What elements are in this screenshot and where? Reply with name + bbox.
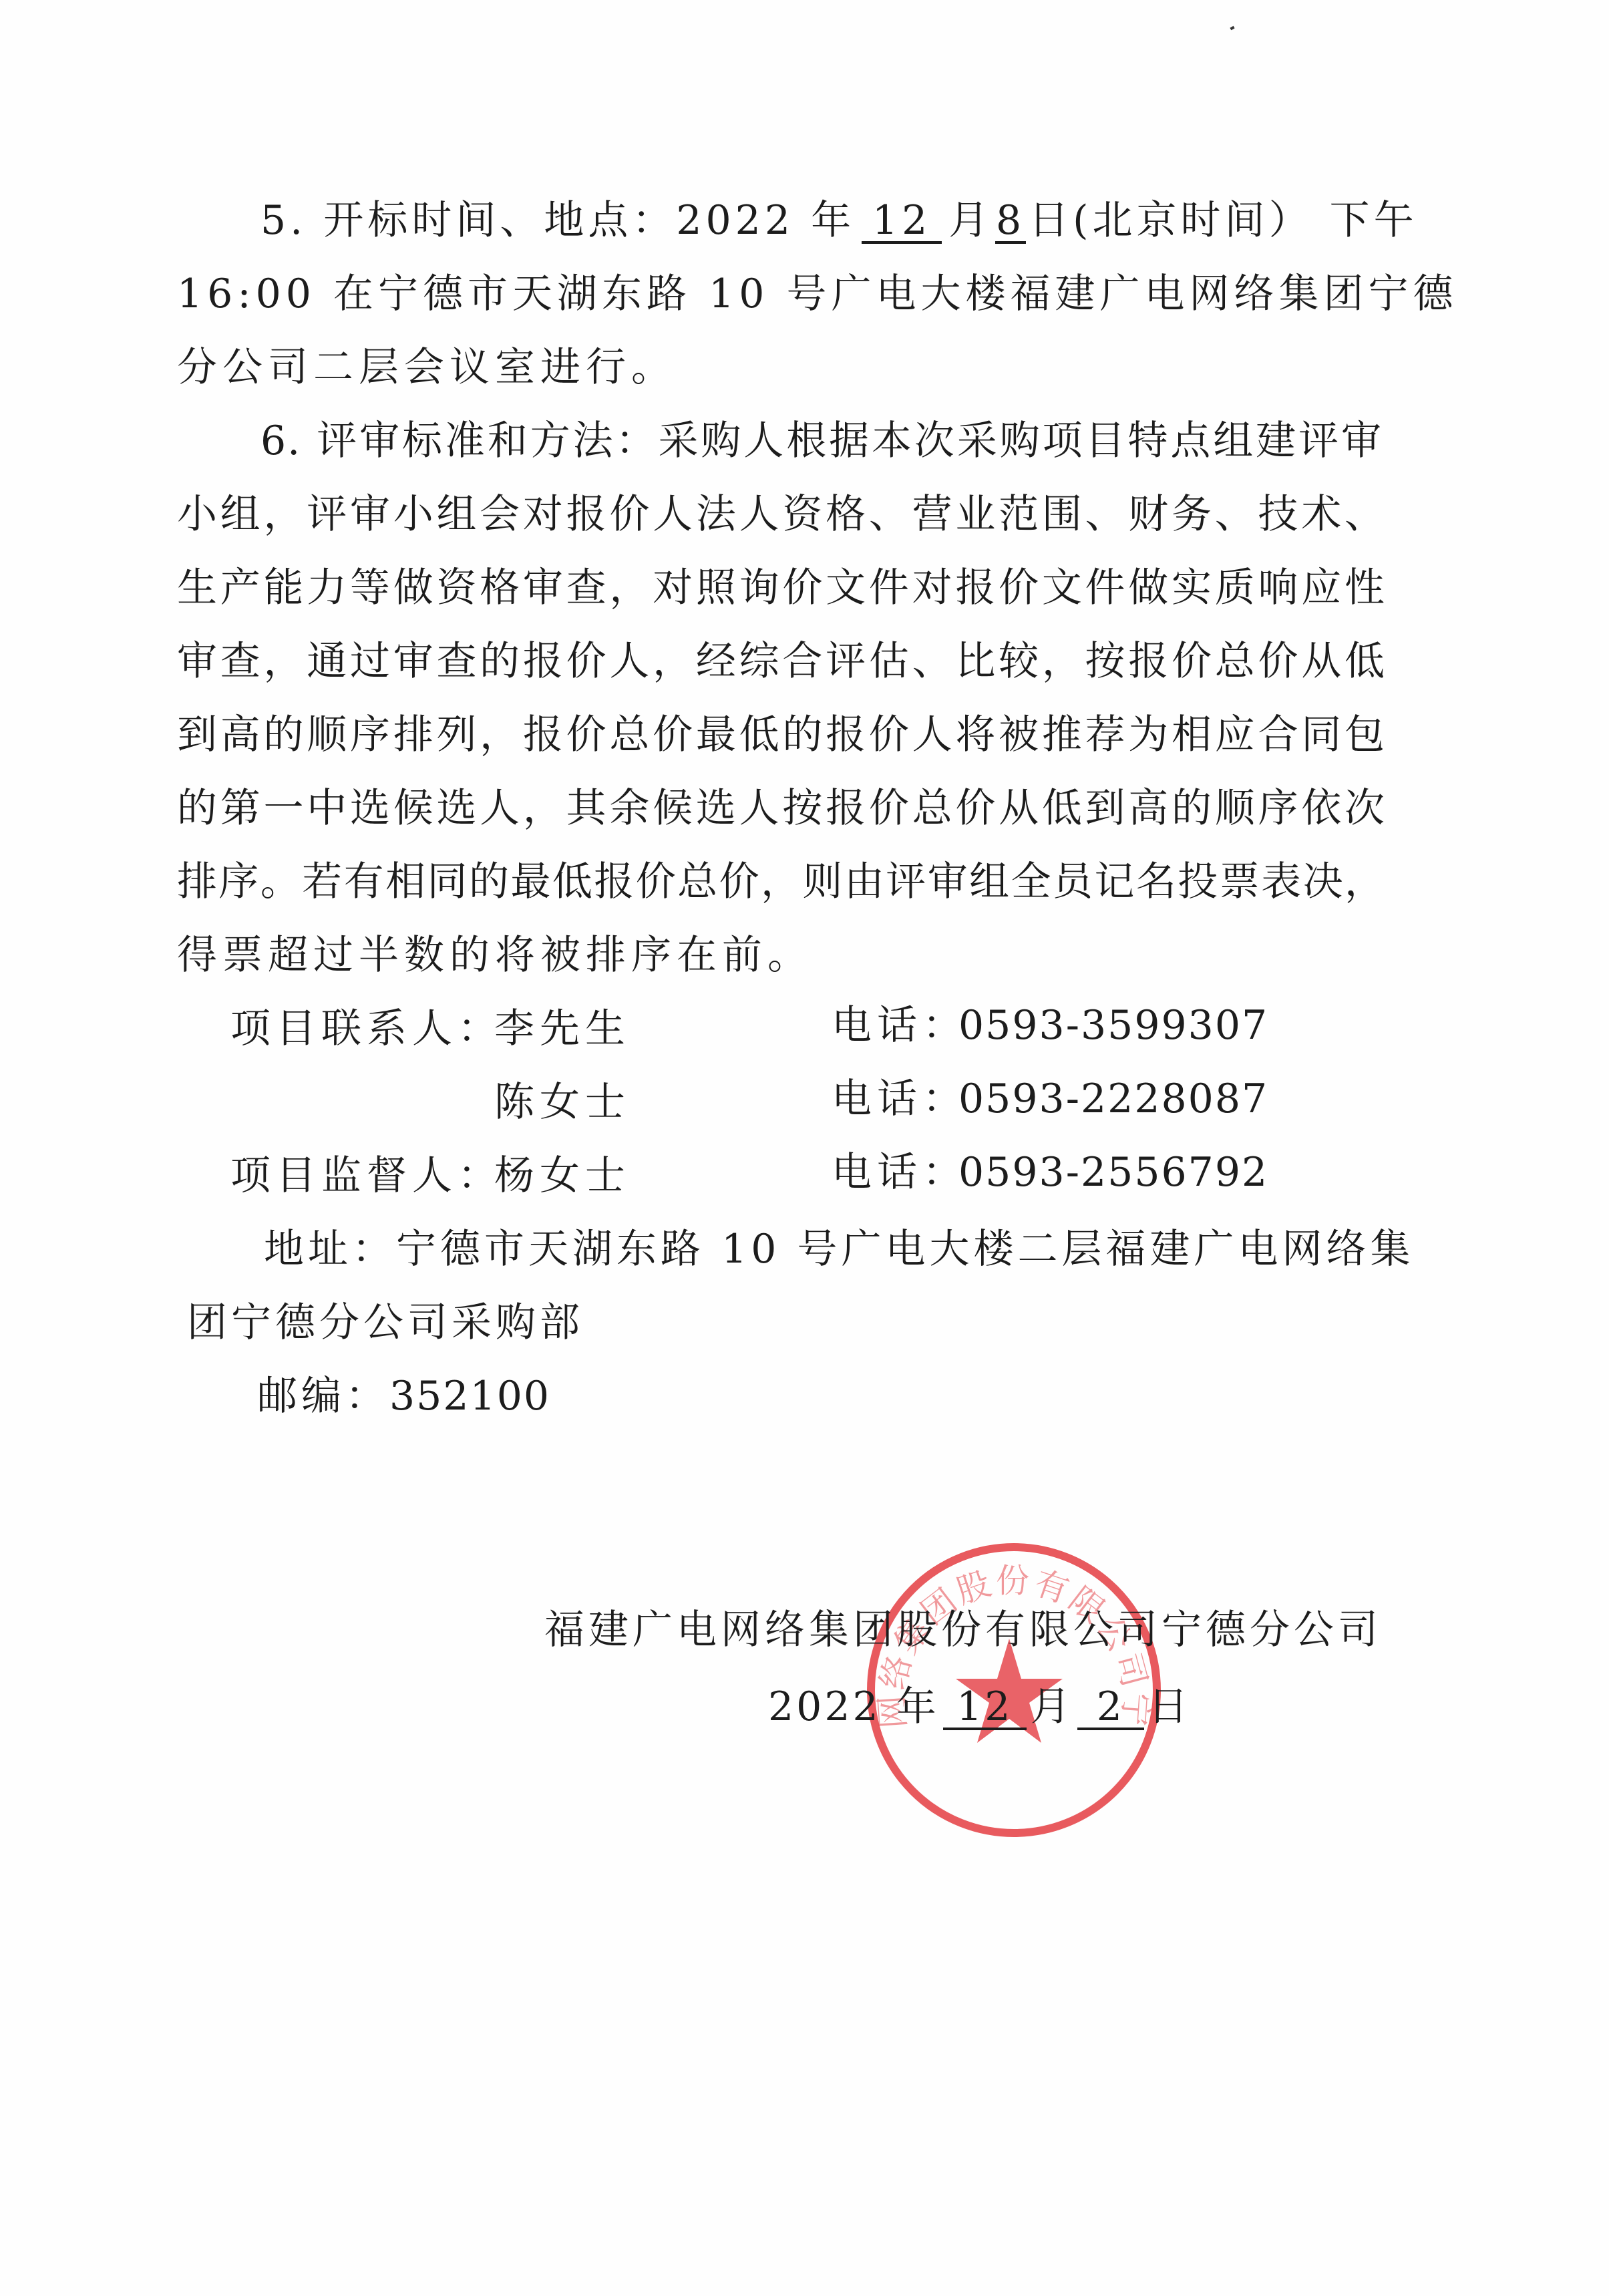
section5-line3: 分公司二层会议室进行。 bbox=[177, 344, 677, 391]
date-year-unit: 年 bbox=[896, 1683, 939, 1730]
contact-phone-label: 电话： bbox=[832, 1002, 968, 1049]
signature-date: 2022 年12月2日 bbox=[768, 1683, 1191, 1730]
section5-line1: 5. 开标时间、地点：2022 年12月8日(北京时间） 下午 bbox=[260, 197, 1418, 244]
supervisor-role: 项目监督人： bbox=[230, 1152, 503, 1199]
section5-suffix: 日(北京时间） 下午 bbox=[1029, 197, 1417, 244]
postcode: 邮编：352100 bbox=[257, 1373, 550, 1420]
section6-line1: 6. 评审标准和方法：采购人根据本次采购项目特点组建评审 bbox=[260, 418, 1383, 464]
open-month-blank: 12 bbox=[862, 200, 942, 244]
postcode-value: 352100 bbox=[389, 1373, 550, 1420]
section5-prefix: 5. 开标时间、地点：2022 年 bbox=[260, 197, 855, 244]
date-year: 2022 bbox=[768, 1683, 881, 1730]
scan-speck bbox=[1230, 26, 1234, 30]
section6-line2: 小组，评审小组会对报价人法人资格、营业范围、财务、技术、 bbox=[177, 491, 1386, 538]
section6-line5: 到高的顺序排列，报价总价最低的报价人将被推荐为相应合同包 bbox=[177, 711, 1386, 758]
supervisor-phone-label: 电话： bbox=[832, 1149, 968, 1196]
date-month-blank: 12 bbox=[943, 1686, 1027, 1730]
address-line1: 地址：宁德市天湖东路 10 号广电大楼二层福建广电网络集 bbox=[264, 1226, 1415, 1273]
contact-phone: 0593-3599307 bbox=[958, 1002, 1268, 1049]
section6-line3: 生产能力等做资格审查，对照询价文件对报价文件做实质响应性 bbox=[177, 564, 1386, 611]
supervisor-phone: 0593-2556792 bbox=[958, 1149, 1268, 1196]
document-page: 5. 开标时间、地点：2022 年12月8日(北京时间） 下午 16:00 在宁… bbox=[0, 0, 1609, 2296]
section5-line2: 16:00 在宁德市天湖东路 10 号广电大楼福建广电网络集团宁德 bbox=[177, 271, 1457, 317]
postcode-label: 邮编： bbox=[257, 1373, 389, 1420]
contact-role: 项目联系人： bbox=[230, 1005, 503, 1052]
address-line2: 团宁德分公司采购部 bbox=[187, 1299, 584, 1346]
section6-line7: 排序。若有相同的最低报价总价，则由评审组全员记名投票表决， bbox=[177, 858, 1386, 905]
section6-line4: 审查，通过审查的报价人，经综合评估、比较，按报价总价从低 bbox=[177, 638, 1386, 685]
open-day-blank: 8 bbox=[995, 200, 1026, 244]
date-month-unit: 月 bbox=[1031, 1683, 1073, 1730]
supervisor-name: 杨女士 bbox=[494, 1152, 631, 1199]
date-day-unit: 日 bbox=[1148, 1683, 1191, 1730]
contact-name: 李先生 bbox=[494, 1005, 631, 1052]
contact-phone: 0593-2228087 bbox=[958, 1076, 1268, 1122]
date-day-blank: 2 bbox=[1077, 1686, 1144, 1730]
signature-company: 福建广电网络集团股份有限公司宁德分公司 bbox=[544, 1607, 1382, 1653]
section6-line8: 得票超过半数的将被排序在前。 bbox=[177, 932, 813, 979]
section6-line6: 的第一中选候选人，其余候选人按报价总价从低到高的顺序依次 bbox=[177, 785, 1386, 832]
contact-phone-label: 电话： bbox=[832, 1076, 968, 1122]
contact-name: 陈女士 bbox=[494, 1079, 631, 1126]
month-unit: 月 bbox=[948, 197, 993, 244]
